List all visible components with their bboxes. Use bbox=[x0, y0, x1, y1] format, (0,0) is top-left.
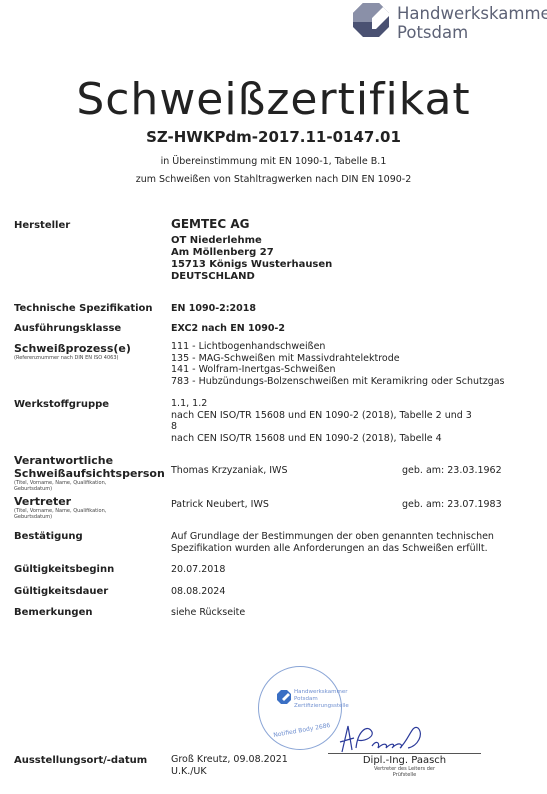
signature-line bbox=[328, 753, 481, 754]
label-aufsichtsperson-line1: Verantwortliche bbox=[14, 454, 165, 467]
label-werkstoffgruppe: Werkstoffgruppe bbox=[14, 399, 109, 410]
process-item: 141 - Wolfram-Inertgas-Schweißen bbox=[171, 364, 505, 376]
logo-line1: Handwerkskammer bbox=[397, 4, 547, 23]
label-vertreter-note: (Titel, Vorname, Name, Qualifikation, Ge… bbox=[14, 508, 124, 520]
label-aufsichtsperson-note: (Titel, Vorname, Name, Qualifikation, Ge… bbox=[14, 480, 124, 492]
label-aufsichtsperson-line2: Schweißaufsichtsperson bbox=[14, 467, 165, 480]
label-aufsichtsperson: Verantwortliche Schweißaufsichtsperson (… bbox=[14, 454, 165, 492]
stamp-logo-icon bbox=[277, 689, 291, 703]
process-item: 783 - Hubzündungs-Bolzenschweißen mit Ke… bbox=[171, 376, 505, 388]
stamp-text: Handwerkskammer Potsdam Zertifizierungss… bbox=[294, 689, 349, 710]
logo-text: Handwerkskammer Potsdam bbox=[397, 4, 547, 42]
value-gueltigkeitsdauer: 08.08.2024 bbox=[171, 586, 225, 598]
stamp-arc-text: Notified Body 2686 bbox=[273, 722, 331, 739]
label-schweissprozess: Schweißprozess(e) (Referenznummer nach D… bbox=[14, 342, 131, 361]
address-line: OT Niederlehme bbox=[171, 235, 332, 247]
official-stamp: Handwerkskammer Potsdam Zertifizierungss… bbox=[258, 666, 342, 750]
material-line: 1.1, 1.2 bbox=[171, 398, 472, 410]
confirmation-line2: Spezifikation wurden alle Anforderungen … bbox=[171, 543, 494, 555]
label-gueltigkeitsdauer: Gültigkeitsdauer bbox=[14, 586, 108, 597]
label-technische-spezifikation: Technische Spezifikation bbox=[14, 303, 153, 314]
stamp-line2: Potsdam bbox=[294, 696, 349, 703]
material-line: nach CEN ISO/TR 15608 und EN 1090-2 (201… bbox=[171, 433, 472, 445]
address-line: DEUTSCHLAND bbox=[171, 271, 332, 283]
subtitle-line1: in Übereinstimmung mit EN 1090-1, Tabell… bbox=[0, 156, 547, 167]
material-line: nach CEN ISO/TR 15608 und EN 1090-2 (201… bbox=[171, 410, 472, 422]
label-ausstellung: Ausstellungsort/-datum bbox=[14, 755, 147, 766]
stamp-line1: Handwerkskammer bbox=[294, 689, 349, 696]
label-bestaetigung: Bestätigung bbox=[14, 531, 83, 542]
address-line: 15713 Königs Wusterhausen bbox=[171, 259, 332, 271]
label-hersteller: Hersteller bbox=[14, 220, 70, 231]
process-item: 135 - MAG-Schweißen mit Massivdrahtelekt… bbox=[171, 353, 505, 365]
issue-initials: U.K./UK bbox=[171, 766, 288, 778]
value-technische-spezifikation: EN 1090-2:2018 bbox=[171, 303, 256, 315]
value-ausstellung: Groß Kreutz, 09.08.2021 U.K./UK bbox=[171, 754, 288, 777]
signatory: Dipl.-Ing. Paasch Vertreter des Leiters … bbox=[328, 755, 481, 778]
label-vertreter-text: Vertreter bbox=[14, 495, 124, 508]
value-werkstoffgruppe: 1.1, 1.2 nach CEN ISO/TR 15608 und EN 10… bbox=[171, 398, 472, 444]
signatory-name: Dipl.-Ing. Paasch bbox=[328, 755, 481, 766]
confirmation-line1: Auf Grundlage der Bestimmungen der oben … bbox=[171, 531, 494, 543]
value-aufsichtsperson: Thomas Krzyzaniak, IWS bbox=[171, 465, 287, 477]
birthdate-aufsichtsperson: geb. am: 23.03.1962 bbox=[402, 465, 502, 476]
manufacturer-name: GEMTEC AG bbox=[171, 219, 250, 231]
stamp-line3: Zertifizierungsstelle bbox=[294, 703, 349, 710]
logo-line2: Potsdam bbox=[397, 23, 547, 42]
signature-scribble bbox=[338, 720, 433, 754]
label-schweissprozess-note: (Referenznummer nach DIN EN ISO 4063) bbox=[14, 355, 131, 361]
issue-place-date: Groß Kreutz, 09.08.2021 bbox=[171, 754, 288, 766]
signatory-role-line2: Prüfstelle bbox=[328, 772, 481, 778]
process-item: 111 - Lichtbogenhandschweißen bbox=[171, 341, 505, 353]
value-bemerkungen: siehe Rückseite bbox=[171, 607, 245, 619]
manufacturer-address: OT Niederlehme Am Möllenberg 27 15713 Kö… bbox=[171, 235, 332, 283]
subtitle-line2: zum Schweißen von Stahltragwerken nach D… bbox=[0, 174, 547, 185]
value-schweissprozess: 111 - Lichtbogenhandschweißen 135 - MAG-… bbox=[171, 341, 505, 387]
certificate-number: SZ-HWKPdm-2017.11-0147.01 bbox=[0, 128, 547, 146]
logo-icon bbox=[352, 2, 390, 38]
label-gueltigkeitsbeginn: Gültigkeitsbeginn bbox=[14, 564, 114, 575]
value-bestaetigung: Auf Grundlage der Bestimmungen der oben … bbox=[171, 531, 494, 554]
value-vertreter: Patrick Neubert, IWS bbox=[171, 499, 269, 511]
birthdate-vertreter: geb. am: 23.07.1983 bbox=[402, 499, 502, 510]
address-line: Am Möllenberg 27 bbox=[171, 247, 332, 259]
document-title: Schweißzertifikat bbox=[0, 74, 547, 125]
label-bemerkungen: Bemerkungen bbox=[14, 607, 93, 618]
value-ausfuehrungsklasse: EXC2 nach EN 1090-2 bbox=[171, 323, 285, 335]
label-schweissprozess-text: Schweißprozess(e) bbox=[14, 342, 131, 355]
value-gueltigkeitsbeginn: 20.07.2018 bbox=[171, 564, 225, 576]
label-vertreter: Vertreter (Titel, Vorname, Name, Qualifi… bbox=[14, 495, 124, 520]
label-ausfuehrungsklasse: Ausführungsklasse bbox=[14, 323, 121, 334]
material-line: 8 bbox=[171, 421, 472, 433]
